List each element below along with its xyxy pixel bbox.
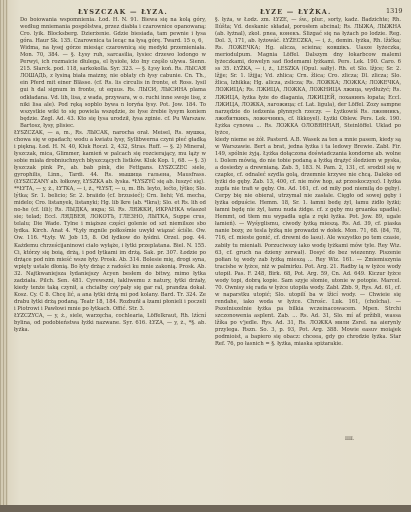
entry-lyzczyca: ŁYZCZYCA, — y, ż., siele, warzęcha, coch… [14,313,206,334]
entry-lyze-lyzka: §. łyża, w Łodz. zm. ŁYZE, — św., plur.,… [215,17,401,137]
right-column: §. łyża, w Łodz. zm. ŁYZE, — św., plur.,… [215,17,401,348]
running-header-left: ŁYSZCZAK — ŁYZA. [78,8,168,16]
running-header-right: ŁYZE — ŁYŻKA. [260,8,331,16]
entry-lyszczak: ŁYSZCZAK, — a, m., Rs. ЛЫСАК, narocha or… [14,130,206,186]
left-column: Do boiowania wspomnienia. Łod. H. N. 91.… [20,17,206,334]
dictionary-page: ŁYSZCZAK — ŁYZA. ŁYZE — ŁYŻKA. 1319 Do b… [0,0,411,505]
entry-lyta: **ŁYTA, — y, ż., ŁYTKA, — i, ż., *ŁYST, … [14,186,206,313]
page-stack-edge [0,0,8,505]
book-bottom-edge [0,505,411,512]
page-number: 1319 [386,7,403,15]
entry-paragraph: Widma, na łysej górze miesiąc czarownicą… [20,45,206,130]
signature-mark: IIII. [345,436,355,442]
entry-paragraph: Do boiowania wspomnienia. Łod. H. N. 91.… [20,17,206,45]
entry-lyzka-examples: kiedy nieme se żół. Pasterd. A.B. Wasek … [215,137,401,348]
